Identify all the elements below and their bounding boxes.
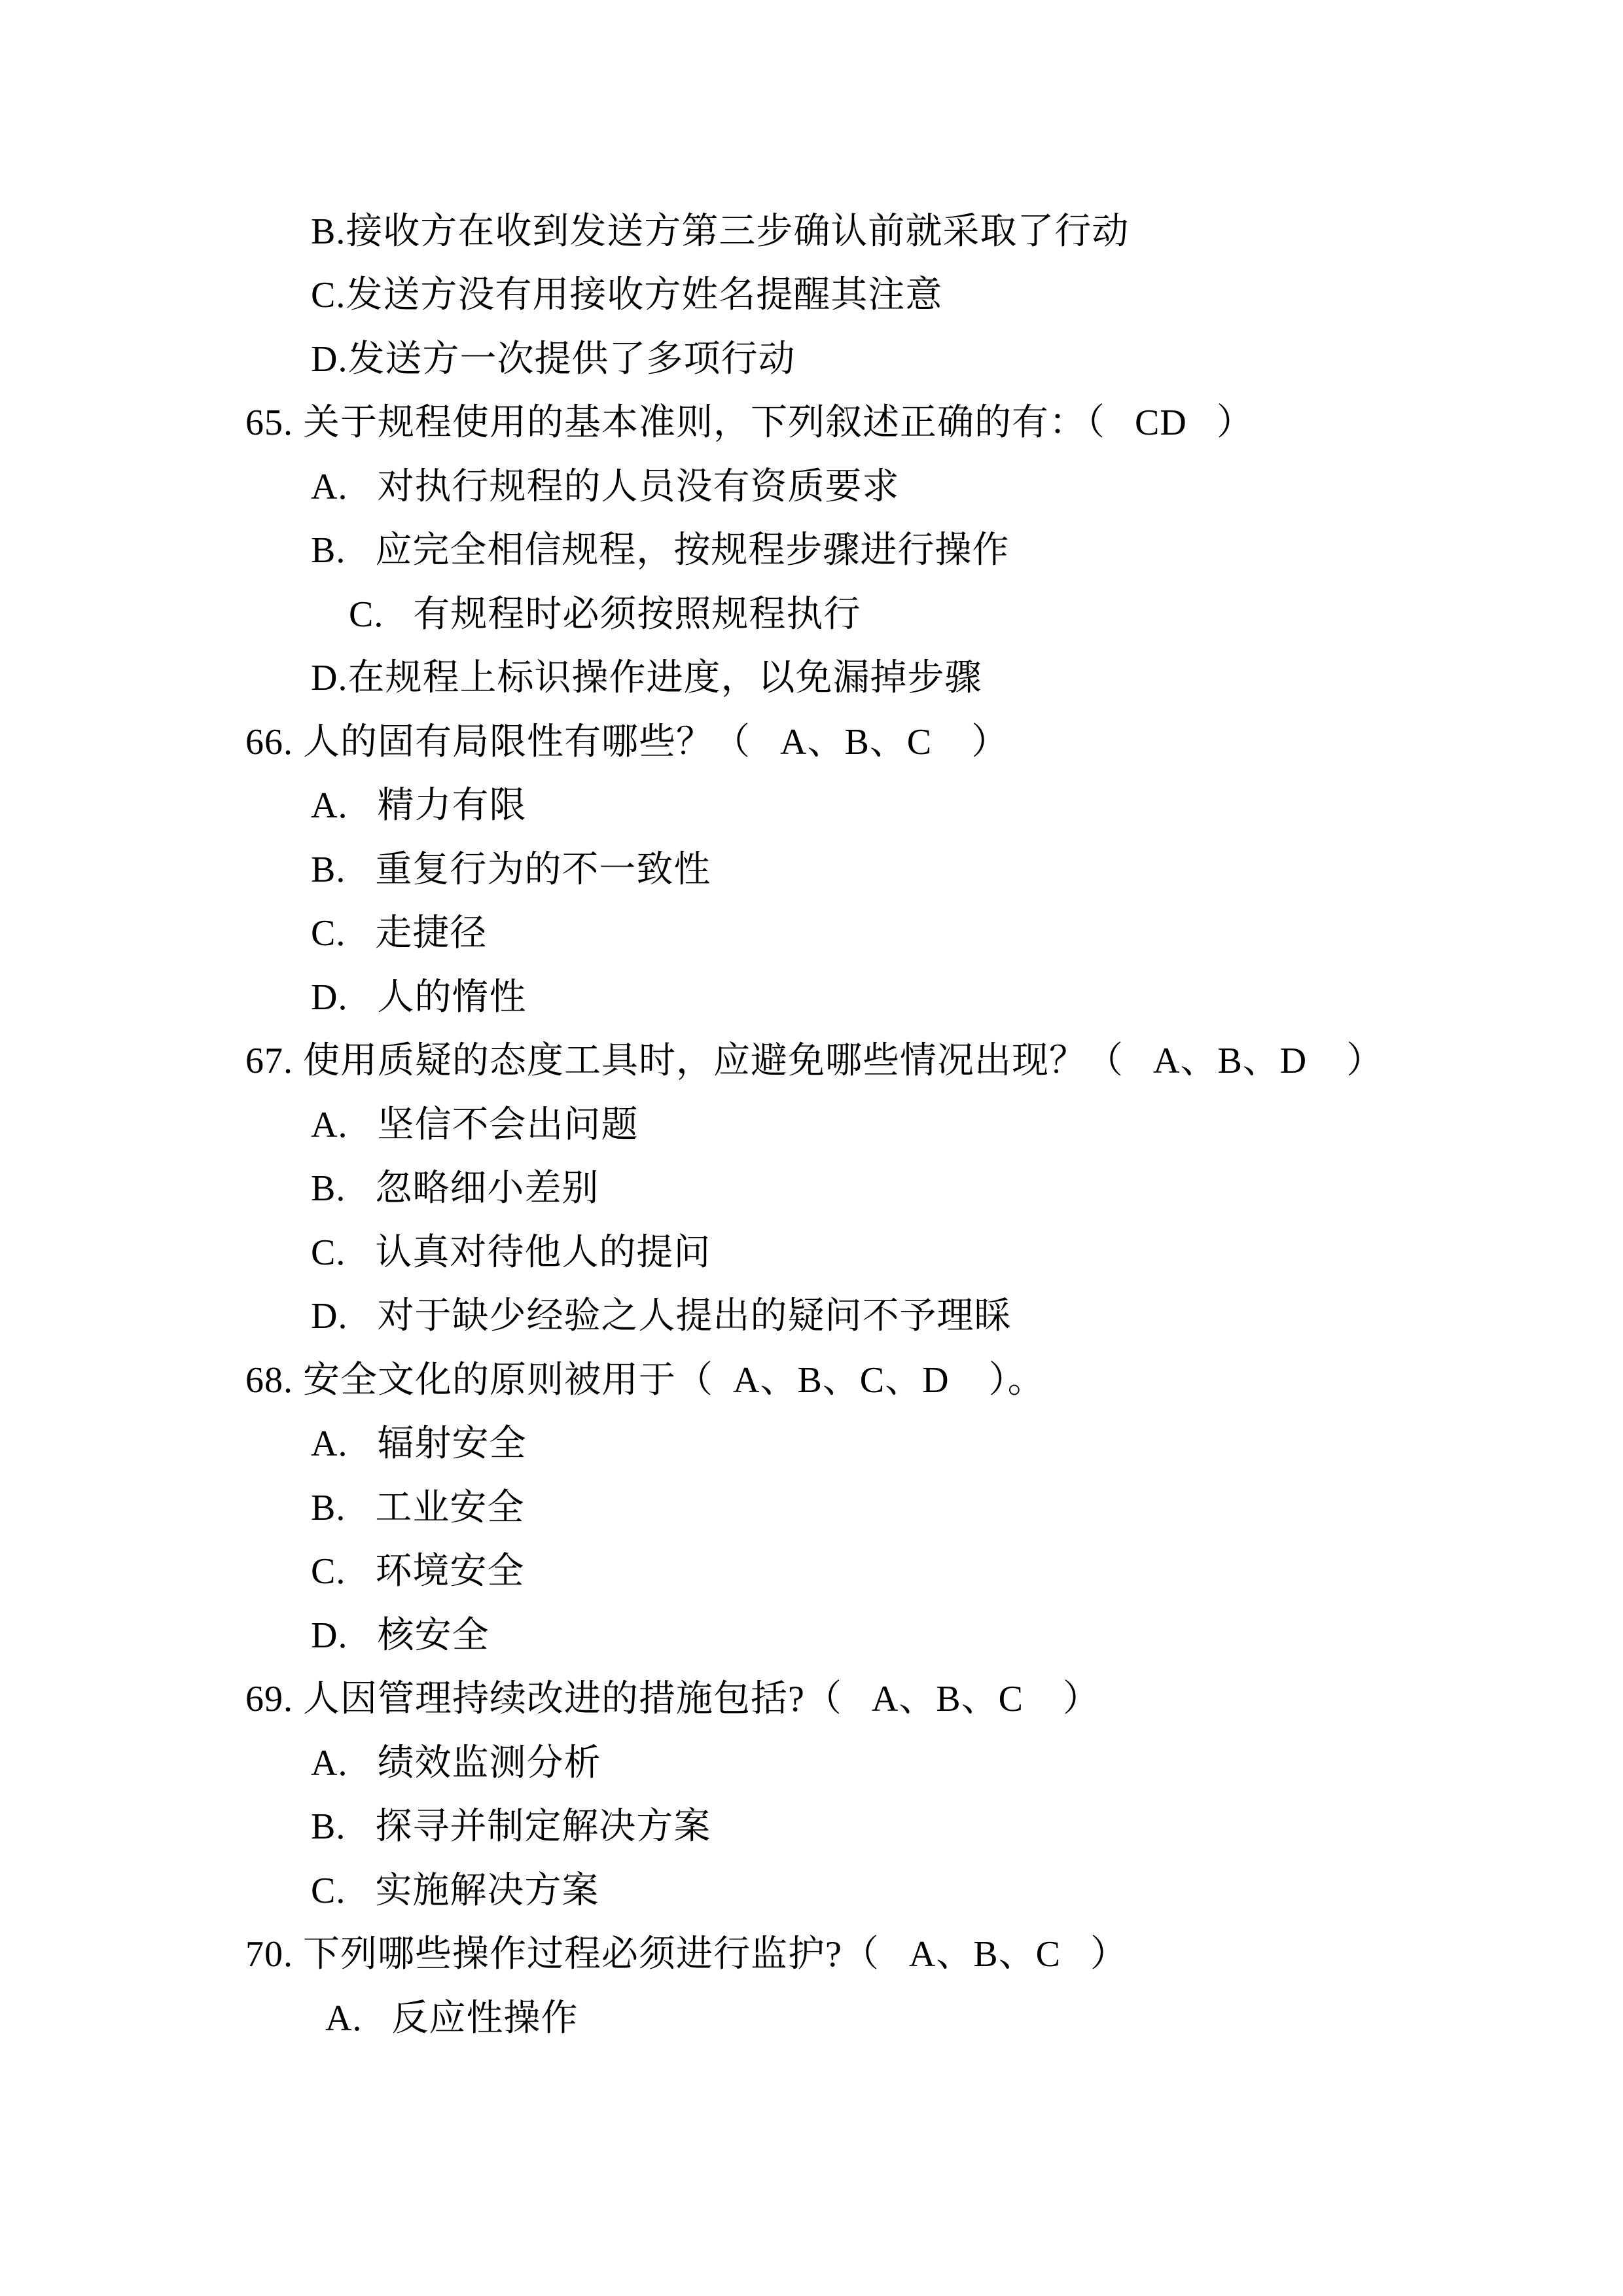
option-line: B. 探寻并制定解决方案: [0, 1792, 1623, 1856]
option-line: C. 有规程时必须按照规程执行: [0, 579, 1623, 643]
option-line: B. 应完全相信规程，按规程步骤进行操作: [0, 516, 1623, 580]
exam-page: B.接收方在收到发送方第三步确认前就采取了行动C.发送方没有用接收方姓名提醒其注…: [0, 0, 1623, 2296]
option-line: C. 认真对待他人的提问: [0, 1217, 1623, 1282]
option-line: D.在规程上标识操作进度，以免漏掉步骤: [0, 643, 1623, 708]
question-line: 65. 关于规程使用的基本准则，下列叙述正确的有：（ CD ）: [0, 388, 1623, 452]
question-line: 66. 人的固有局限性有哪些？（ A、B、C ）: [0, 707, 1623, 771]
option-line: B. 重复行为的不一致性: [0, 834, 1623, 899]
option-line: C.发送方没有用接收方姓名提醒其注意: [0, 260, 1623, 325]
option-line: C. 走捷径: [0, 899, 1623, 963]
question-line: 67. 使用质疑的态度工具时，应避免哪些情况出现？（ A、B、D ）: [0, 1026, 1623, 1090]
option-line: C. 实施解决方案: [0, 1856, 1623, 1920]
option-line: D. 核安全: [0, 1600, 1623, 1664]
option-line: B. 忽略细小差别: [0, 1154, 1623, 1218]
option-line: A. 精力有限: [0, 771, 1623, 835]
option-line: B.接收方在收到发送方第三步确认前就采取了行动: [0, 196, 1623, 260]
option-line: A. 坚信不会出问题: [0, 1090, 1623, 1154]
option-line: D.发送方一次提供了多项行动: [0, 324, 1623, 388]
option-line: A. 绩效监测分析: [0, 1728, 1623, 1792]
option-line: A. 辐射安全: [0, 1409, 1623, 1473]
question-line: 70. 下列哪些操作过程必须进行监护?（ A、B、C ）: [0, 1920, 1623, 1984]
option-line: D. 人的惰性: [0, 962, 1623, 1026]
option-line: B. 工业安全: [0, 1473, 1623, 1537]
question-line: 68. 安全文化的原则被用于（ A、B、C、D ）。: [0, 1345, 1623, 1409]
option-line: C. 环境安全: [0, 1537, 1623, 1601]
option-line: A. 反应性操作: [0, 1983, 1623, 2047]
option-line: A. 对执行规程的人员没有资质要求: [0, 452, 1623, 516]
question-line: 69. 人因管理持续改进的措施包括?（ A、B、C ）: [0, 1664, 1623, 1729]
option-line: D. 对于缺少经验之人提出的疑问不予理睬: [0, 1282, 1623, 1346]
question-list: B.接收方在收到发送方第三步确认前就采取了行动C.发送方没有用接收方姓名提醒其注…: [0, 0, 1623, 2047]
